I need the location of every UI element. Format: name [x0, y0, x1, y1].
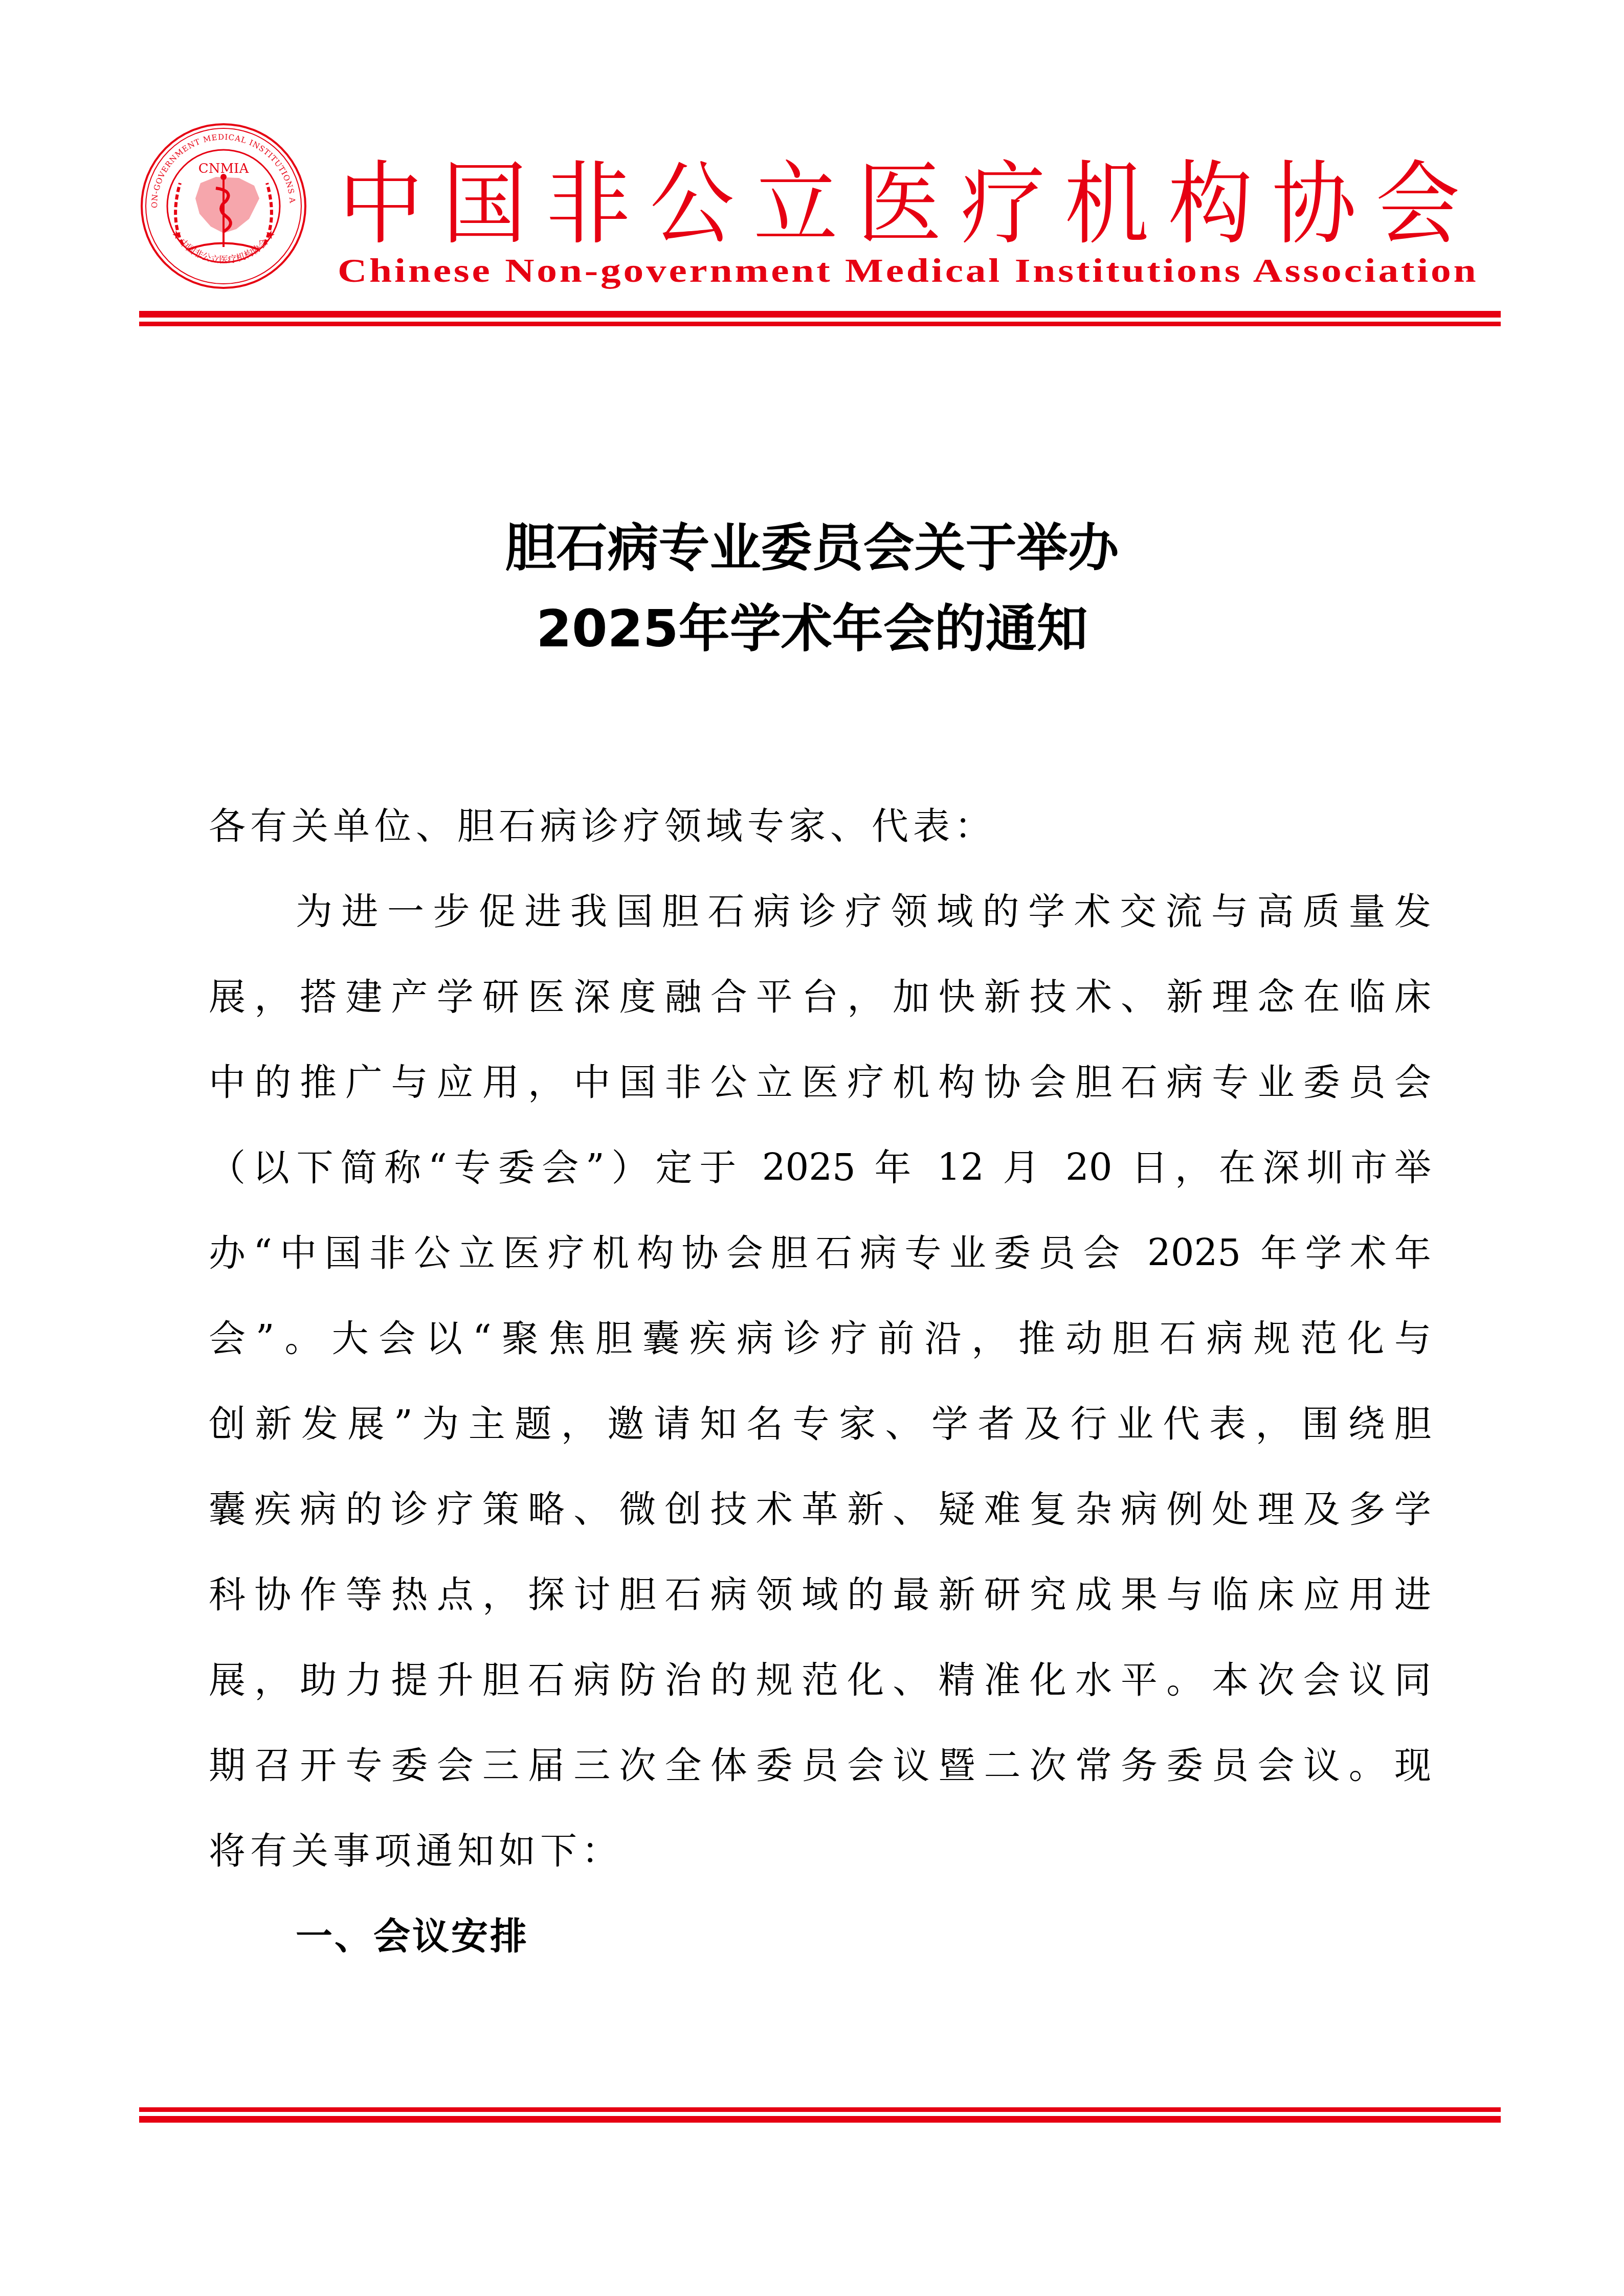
org-name-cn: 中国非公立医疗机构协会	[339, 153, 1479, 256]
body-line: 囊疾病的诊疗策略、微创技术革新、疑难复杂病例处理及多学	[209, 1478, 1431, 1564]
salutation: 各有关单位、胆石病诊疗领域专家、代表：	[209, 795, 1431, 881]
body-line: 展，助力提升胆石病防治的规范化、精准化水平。本次会议同	[209, 1649, 1431, 1735]
header-rule-thin	[139, 322, 1501, 326]
body-line: 科协作等热点，探讨胆石病领域的最新研究成果与临床应用进	[209, 1564, 1431, 1649]
body-line: 展，搭建产学研医深度融合平台，加快新技术、新理念在临床	[209, 966, 1431, 1051]
body-line: 中的推广与应用，中国非公立医疗机构协会胆石病专业委员会	[209, 1051, 1431, 1137]
section-heading: 一、会议安排	[209, 1905, 1431, 1991]
org-name-en: Chinese Non-government Medical Instituti…	[338, 253, 1478, 289]
header-rule-thick	[139, 311, 1501, 318]
cnmia-logo-icon: CHINESE NON-GOVERNMENT MEDICAL INSTITUTI…	[139, 122, 308, 290]
document-body: 各有关单位、胆石病诊疗领域专家、代表： 为进一步促进我国胆石病诊疗领域的学术交流…	[209, 795, 1431, 1991]
body-line: 会”。大会以“聚焦胆囊疾病诊疗前沿，推动胆石病规范化与	[209, 1308, 1431, 1393]
body-line: （以下简称“专委会”）定于 2025 年 12 月 20 日，在深圳市举	[209, 1137, 1431, 1222]
body-line: 办“中国非公立医疗机构协会胆石病专业委员会 2025 年学术年	[209, 1222, 1431, 1308]
body-line: 为进一步促进我国胆石病诊疗领域的学术交流与高质量发	[209, 881, 1431, 966]
document-title-line1: 胆石病专业委员会关于举办	[0, 517, 1624, 579]
body-line: 创新发展”为主题，邀请知名专家、学者及行业代表，围绕胆	[209, 1393, 1431, 1478]
body-line: 期召开专委会三届三次全体委员会议暨二次常务委员会议。现	[209, 1735, 1431, 1820]
body-line: 将有关事项通知如下：	[209, 1820, 1431, 1905]
footer-rule-thin	[139, 2107, 1501, 2112]
letterhead: CHINESE NON-GOVERNMENT MEDICAL INSTITUTI…	[0, 0, 1624, 337]
document-title-line2: 2025年学术年会的通知	[0, 598, 1624, 660]
footer-rule-thick	[139, 2116, 1501, 2123]
